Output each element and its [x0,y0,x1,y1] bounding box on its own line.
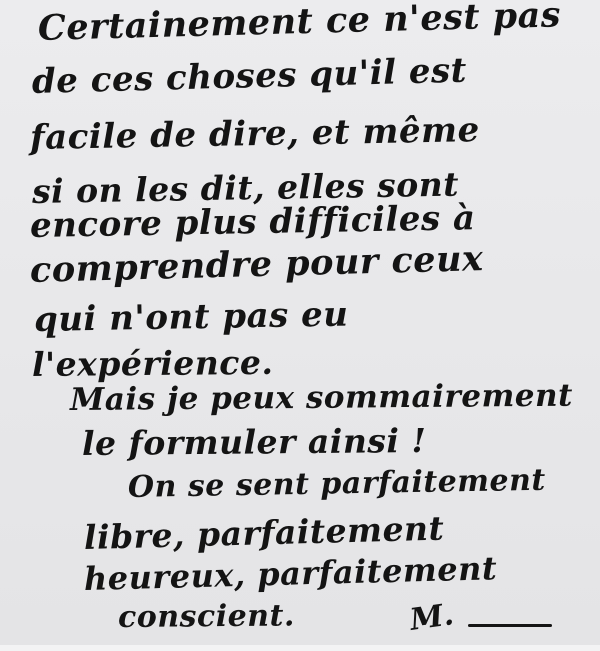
handwritten-line-14: conscient. [118,598,295,635]
handwritten-line-2: de ces choses qu'il est [31,51,467,102]
handwritten-line-1: Certainement ce n'est pas [37,0,561,49]
handwritten-line-8: l'expérience. [32,343,274,384]
handwritten-line-11: On se sent parfaitement [128,463,546,505]
handwritten-line-7: qui n'ont pas eu [34,295,349,340]
handwritten-line-10: le formuler ainsi ! [82,421,427,463]
signature-underline [468,624,552,627]
handwritten-line-3: facile de dire, et même [30,110,480,158]
handwritten-line-6: comprendre pour ceux [29,238,483,291]
handwritten-line-9: Mais je peux sommairement [70,378,573,418]
signature: M. [408,597,456,638]
paper-bottom-edge [0,645,600,651]
handwritten-line-5: encore plus difficiles à [30,198,476,246]
handwritten-line-12: libre, parfaitement [83,509,444,557]
handwritten-line-13: heureux, parfaitement [84,549,498,598]
paper-sheet: Certainement ce n'est pas de ces choses … [0,0,600,651]
